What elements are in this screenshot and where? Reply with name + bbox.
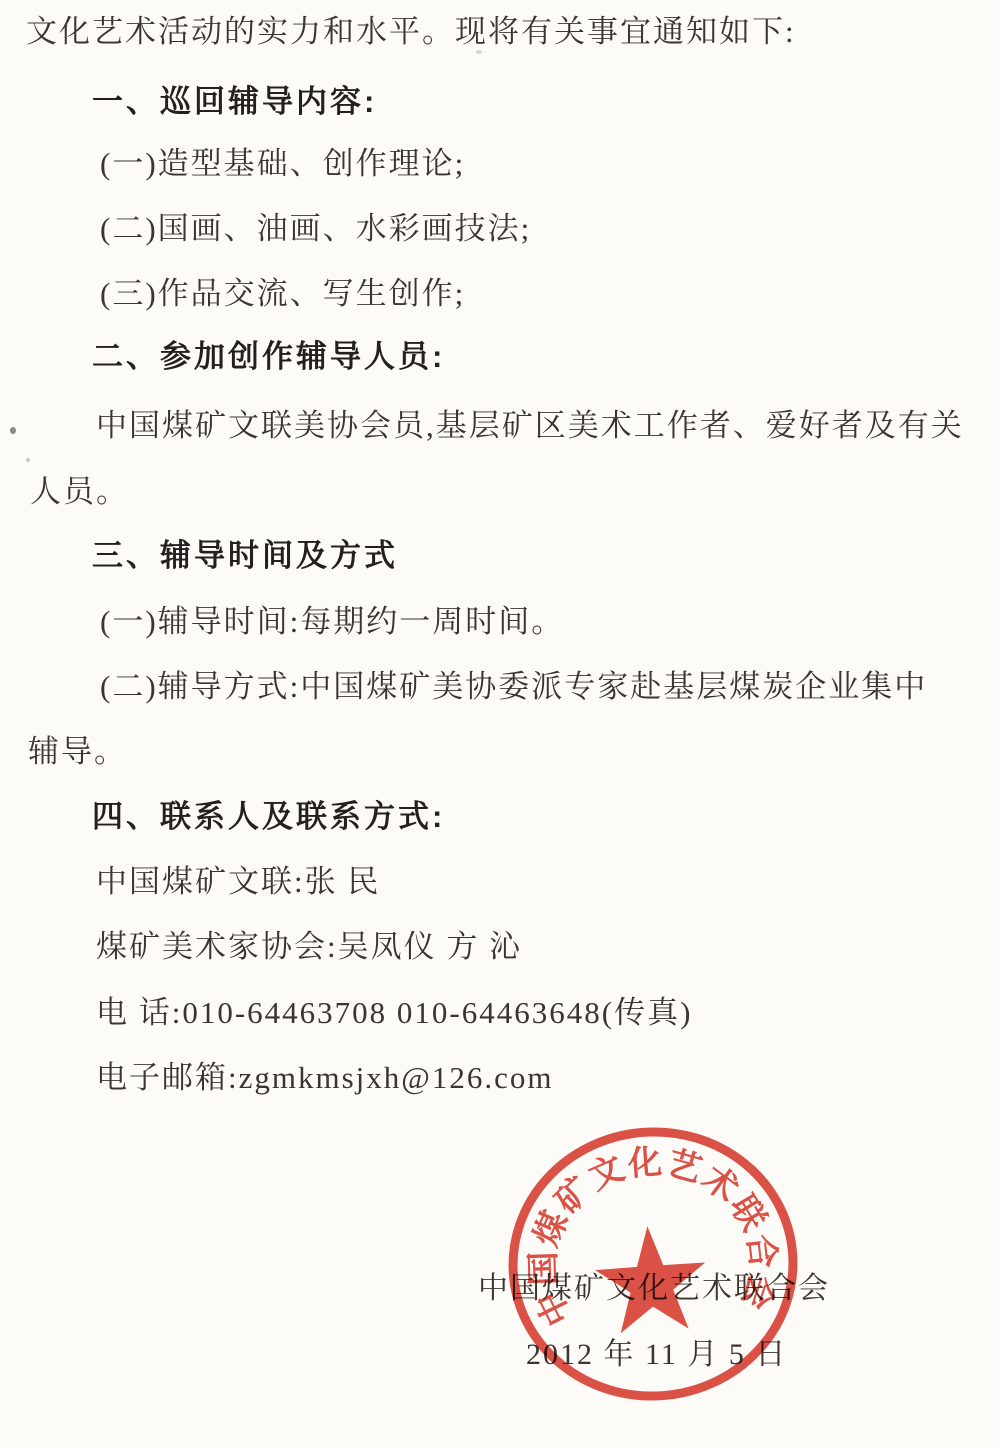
contact-meishujia: 煤矿美术家协会:吴凤仪 方 沁: [96, 931, 522, 962]
item-3-1: (一)辅导时间:每期约一周时间。: [100, 606, 564, 637]
item-1-3: (三)作品交流、写生创作;: [100, 278, 465, 309]
contact-email: 电子邮箱:zgmkmsjxh@126.com: [96, 1062, 553, 1093]
item-3-2: (二)辅导方式:中国煤矿美协委派专家赴基层煤炭企业集中: [100, 671, 927, 702]
section-3-heading: 三、辅导时间及方式: [92, 540, 398, 571]
scan-speck: [26, 458, 30, 462]
section-2-heading: 二、参加创作辅导人员:: [92, 341, 445, 372]
scan-speck: [10, 427, 16, 434]
item-3-2-continuation: 辅导。: [28, 736, 127, 767]
signature-date: 2012 年 11 月 5 日: [526, 1329, 787, 1373]
contact-wenlian: 中国煤矿文联:张 民: [96, 866, 380, 897]
section-2-paragraph-2: 人员。: [30, 476, 129, 507]
signature-organization: 中国煤矿文化艺术联合会: [478, 1263, 830, 1307]
section-1-heading: 一、巡回辅导内容:: [92, 86, 377, 117]
document-scan-page: 文化艺术活动的实力和水平。现将有关事宜通知如下: 一、巡回辅导内容: (一)造型…: [0, 0, 1000, 1447]
scan-speck: [476, 50, 482, 54]
item-1-1: (一)造型基础、创作理论;: [100, 148, 465, 179]
section-2-paragraph: 中国煤矿文联美协会员,基层矿区美术工作者、爱好者及有关: [96, 410, 964, 441]
contact-phone: 电 话:010-64463708 010-64463648(传真): [96, 997, 692, 1028]
item-1-2: (二)国画、油画、水彩画技法;: [100, 213, 531, 244]
paragraph-continuation: 文化艺术活动的实力和水平。现将有关事宜通知如下:: [26, 16, 796, 47]
section-4-heading: 四、联系人及联系方式:: [92, 801, 445, 832]
